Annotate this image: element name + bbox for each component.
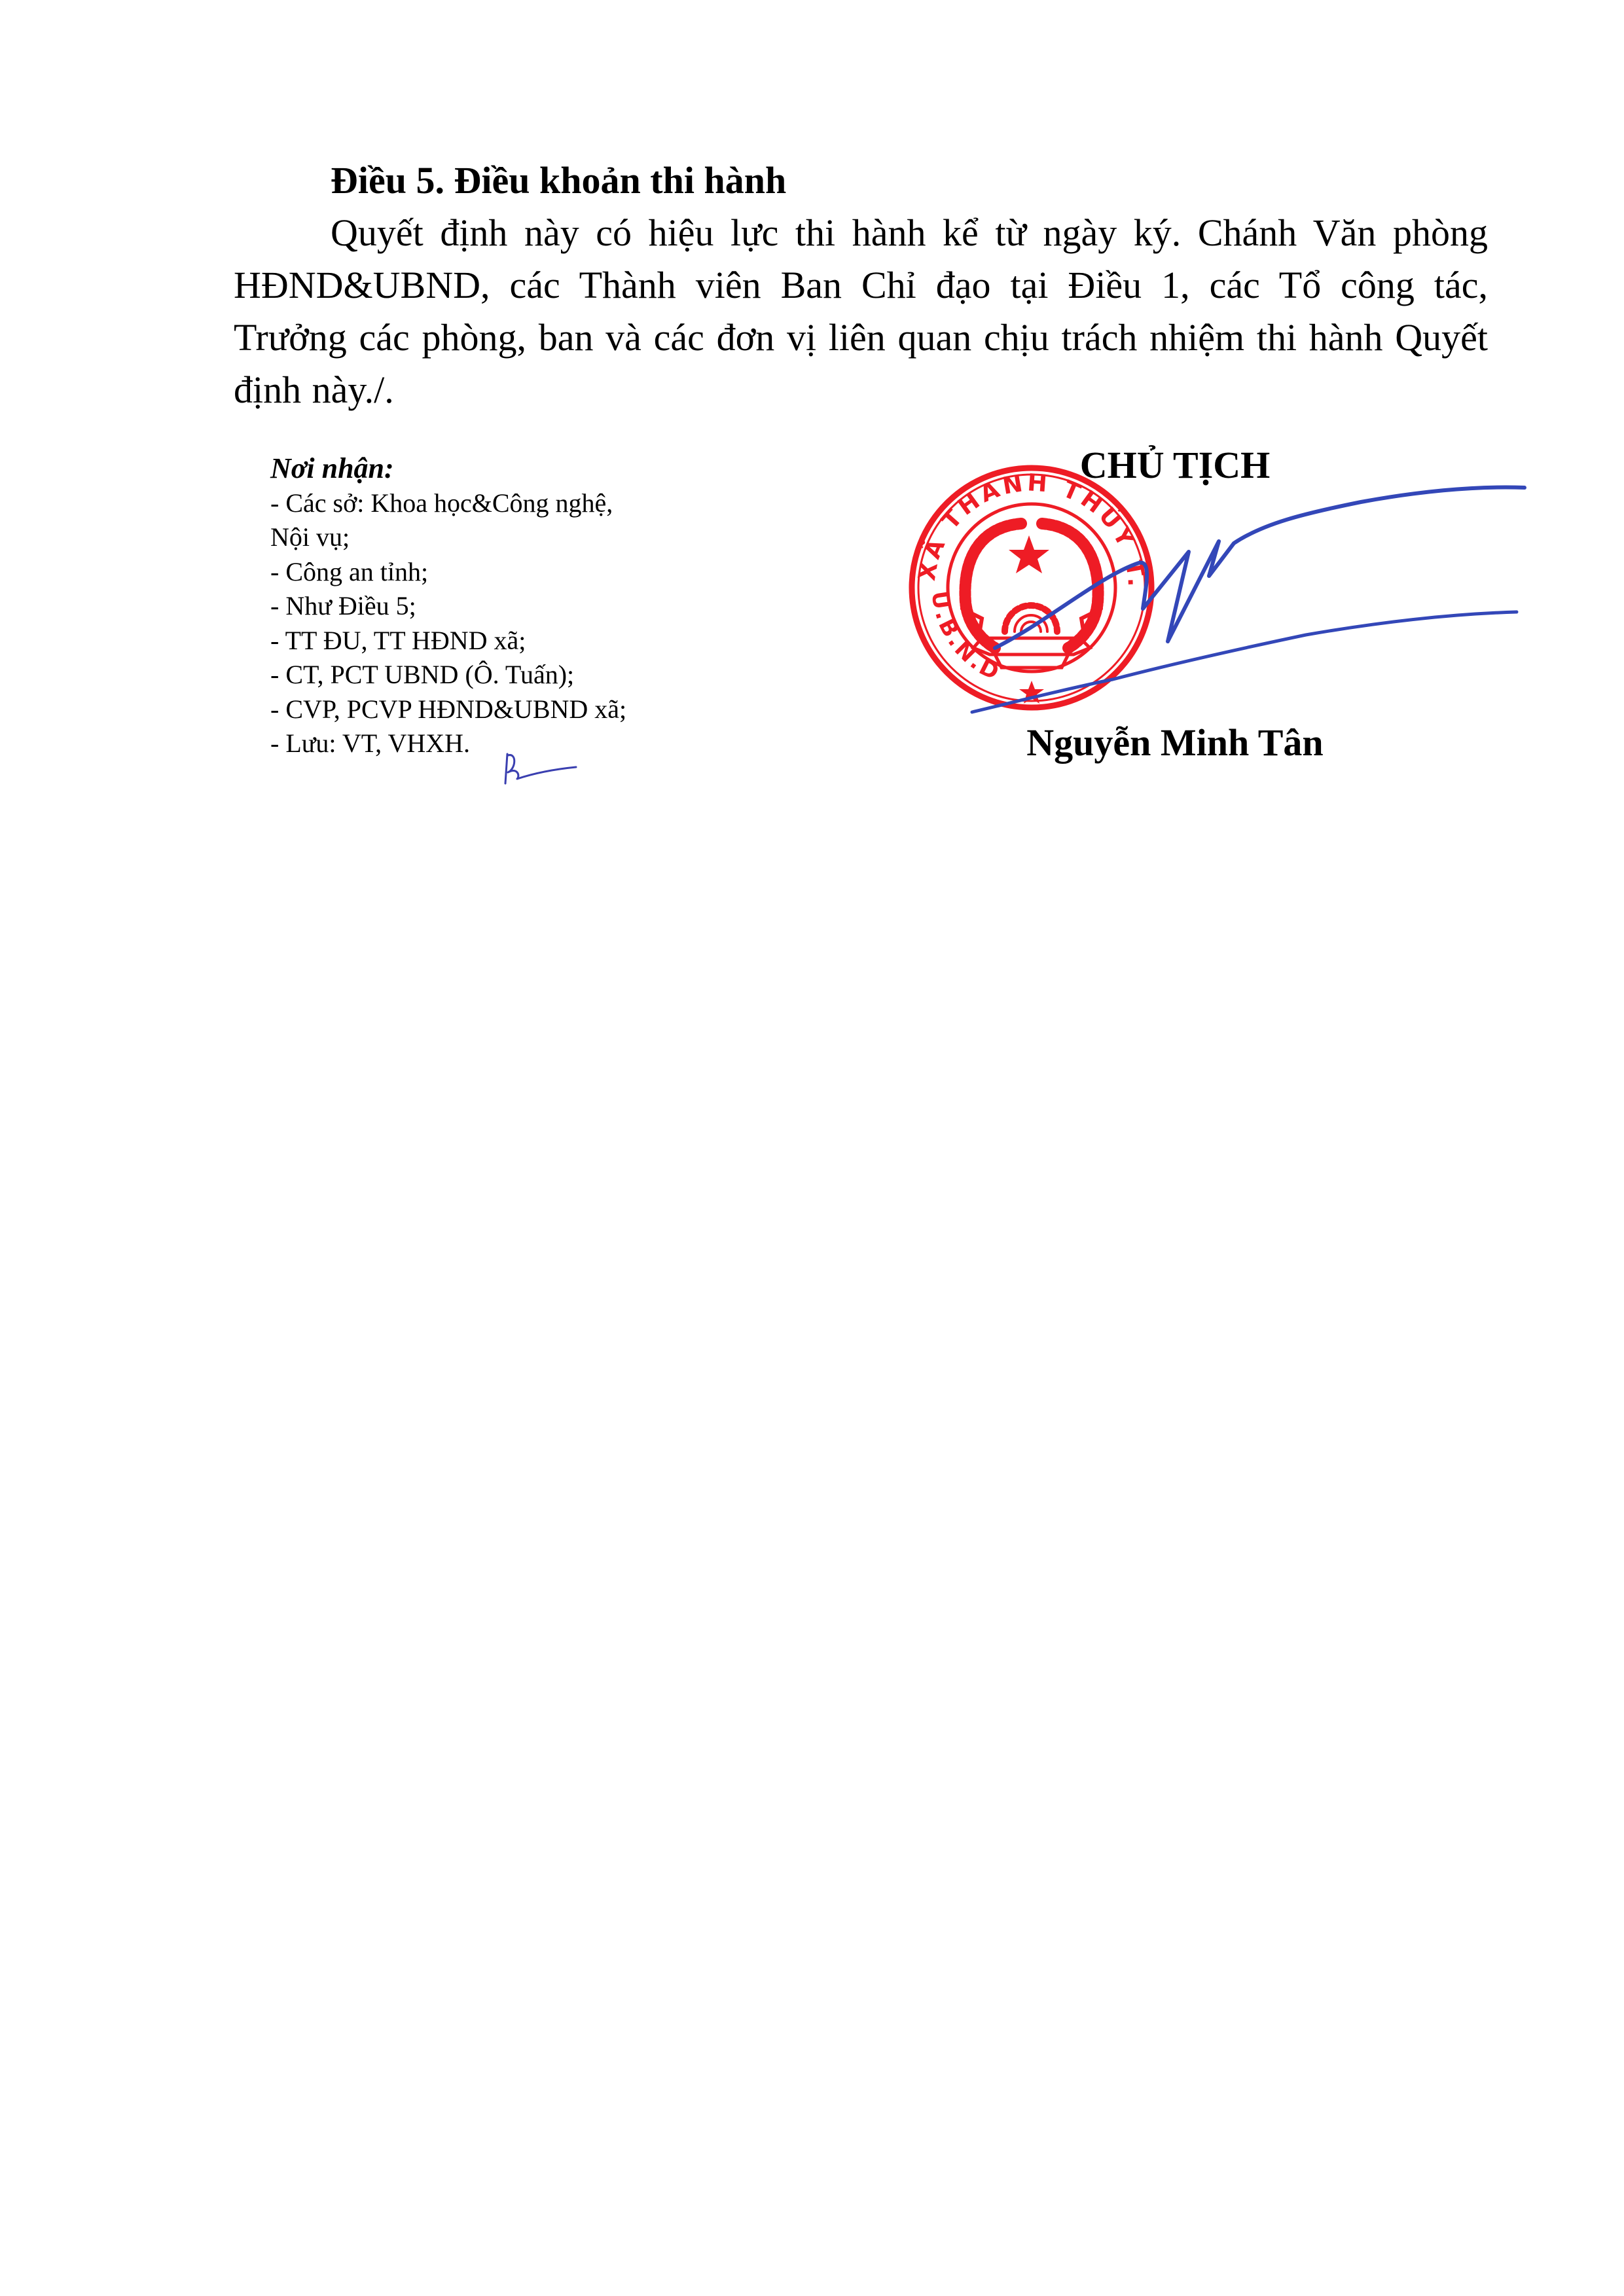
recipient-item: - TT ĐU, TT HĐND xã; [270,624,729,658]
signer-name: Nguyễn Minh Tân [1011,720,1339,766]
stamp-text-bottom: U.B.N.D [926,589,1005,687]
stamp-bottom-star-icon [1019,681,1044,704]
handwritten-signature [972,487,1525,712]
recipients-title: Nơi nhận: [270,452,729,486]
article-body: Quyết định này có hiệu lực thi hành kể t… [234,207,1488,416]
recipient-item: - Các sở: Khoa học&Công nghệ, [270,486,729,521]
recipient-item: - Như Điều 5; [270,589,729,624]
recipients-block: Nơi nhận: - Các sở: Khoa học&Công nghệ, … [270,452,729,761]
stamp-inner-ring [948,504,1115,672]
recipient-item: - Công an tỉnh; [270,555,729,590]
article-5: Điều 5. Điều khoản thi hành Quyết định n… [234,154,1488,416]
signature-upper-stroke [995,487,1525,648]
stamp-outer-ring [912,468,1151,708]
recipient-item: Nội vụ; [270,520,729,555]
recipient-item: - CT, PCT UBND (Ô. Tuấn); [270,658,729,692]
article-heading: Điều 5. Điều khoản thi hành [234,154,1488,207]
signer-title: CHỦ TỊCH [1021,442,1329,488]
recipients-list: - Các sở: Khoa học&Công nghệ, Nội vụ; - … [270,486,729,761]
signature-lower-stroke [972,612,1517,712]
recipient-item: - Lưu: VT, VHXH. [270,726,729,761]
stamp-outer-ring-inner [918,475,1145,701]
national-emblem-icon [962,524,1101,668]
recipient-item: - CVP, PCVP HĐND&UBND xã; [270,692,729,727]
